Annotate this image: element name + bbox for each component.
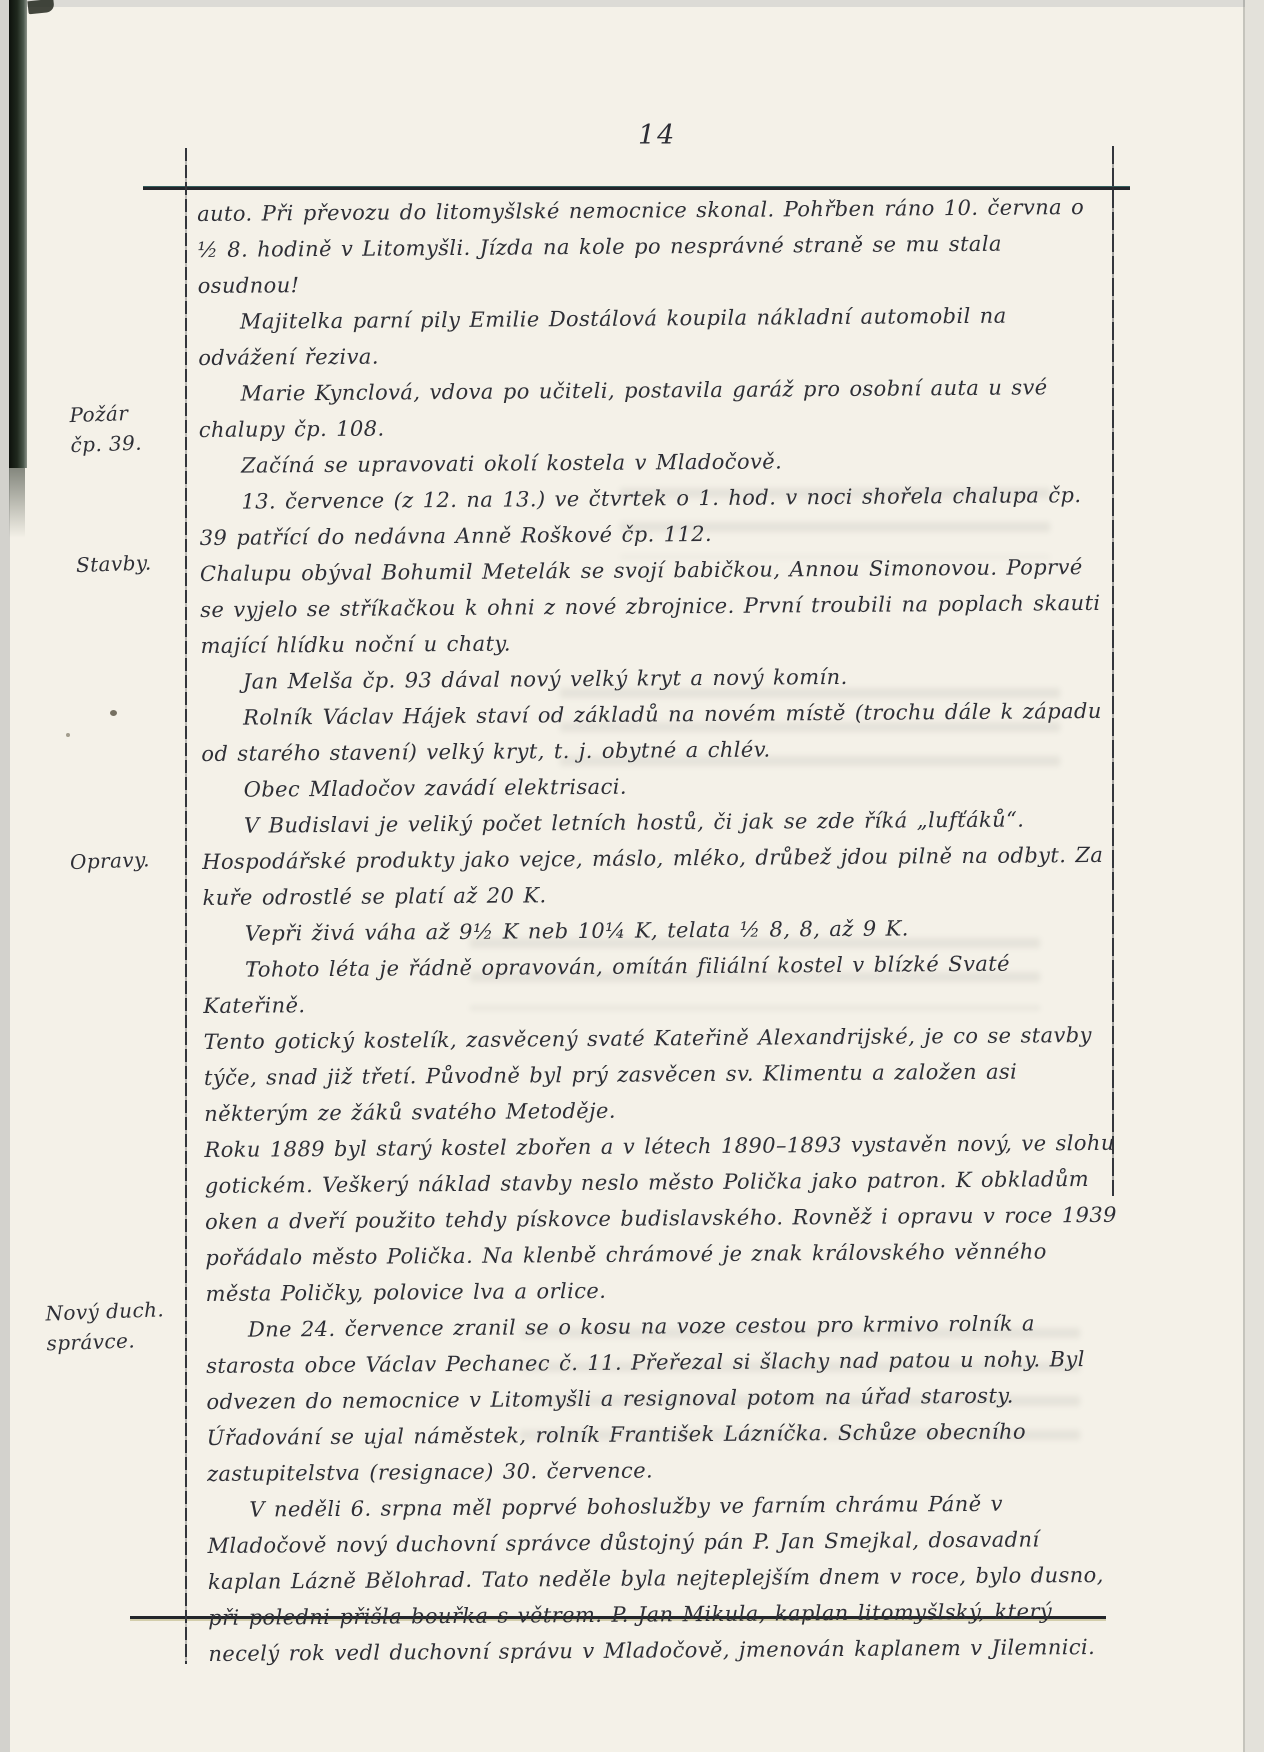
paper-speck [110,710,117,716]
paragraph: auto. Při převozu do litomyšlské nemocni… [197,189,1110,304]
paper-speck [66,733,70,737]
paragraph: V Budislavi je veliký počet letních host… [202,801,1115,916]
paragraph: Rolník Václav Hájek staví od základů na … [201,693,1114,772]
scan-edge-top [0,0,1264,7]
paragraph: Chalupu obýval Bohumil Metelák se svojí … [200,549,1113,664]
margin-note-repairs: Opravy. [70,843,191,877]
paragraph: Majitelka parní pily Emilie Dostálová ko… [198,297,1111,376]
binding-shadow-fade [9,468,25,538]
margin-note-fire: Požár čp. 39. [69,396,191,460]
paragraph: Marie Kynclová, vdova po učiteli, postav… [198,369,1111,448]
page-number: 14 [638,120,676,151]
margin-note-new-priest: Nový duch. správce. [45,1294,187,1359]
manuscript-text-column: auto. Při převozu do litomyšlské nemocni… [197,189,1121,1672]
paragraph: Dne 24. července zranil se o kosu na voz… [206,1305,1119,1492]
margin-note-buildings: Stavby. [76,546,197,580]
paragraph: Roku 1889 byl starý kostel zbořen a v lé… [204,1125,1117,1312]
scan-edge-right [1245,0,1264,1752]
paragraph: Tento gotický kostelík, zasvěcený svaté … [204,1017,1117,1132]
chronicle-scan-page: 14 Požár čp. 39. Stavby. Opravy. Nový du… [0,0,1264,1752]
paragraph: V neděli 6. srpna měl poprvé bohoslužby … [207,1485,1120,1672]
binding-shadow [9,0,27,468]
scan-edge-right-line [1243,0,1245,1752]
corner-ink-mark [27,0,54,14]
frame-rule-left-margin [185,148,187,1664]
paragraph: 13. července (z 12. na 13.) ve čtvrtek o… [199,477,1112,556]
paragraph: Tohoto léta je řádně opravován, omítán f… [203,945,1116,1024]
